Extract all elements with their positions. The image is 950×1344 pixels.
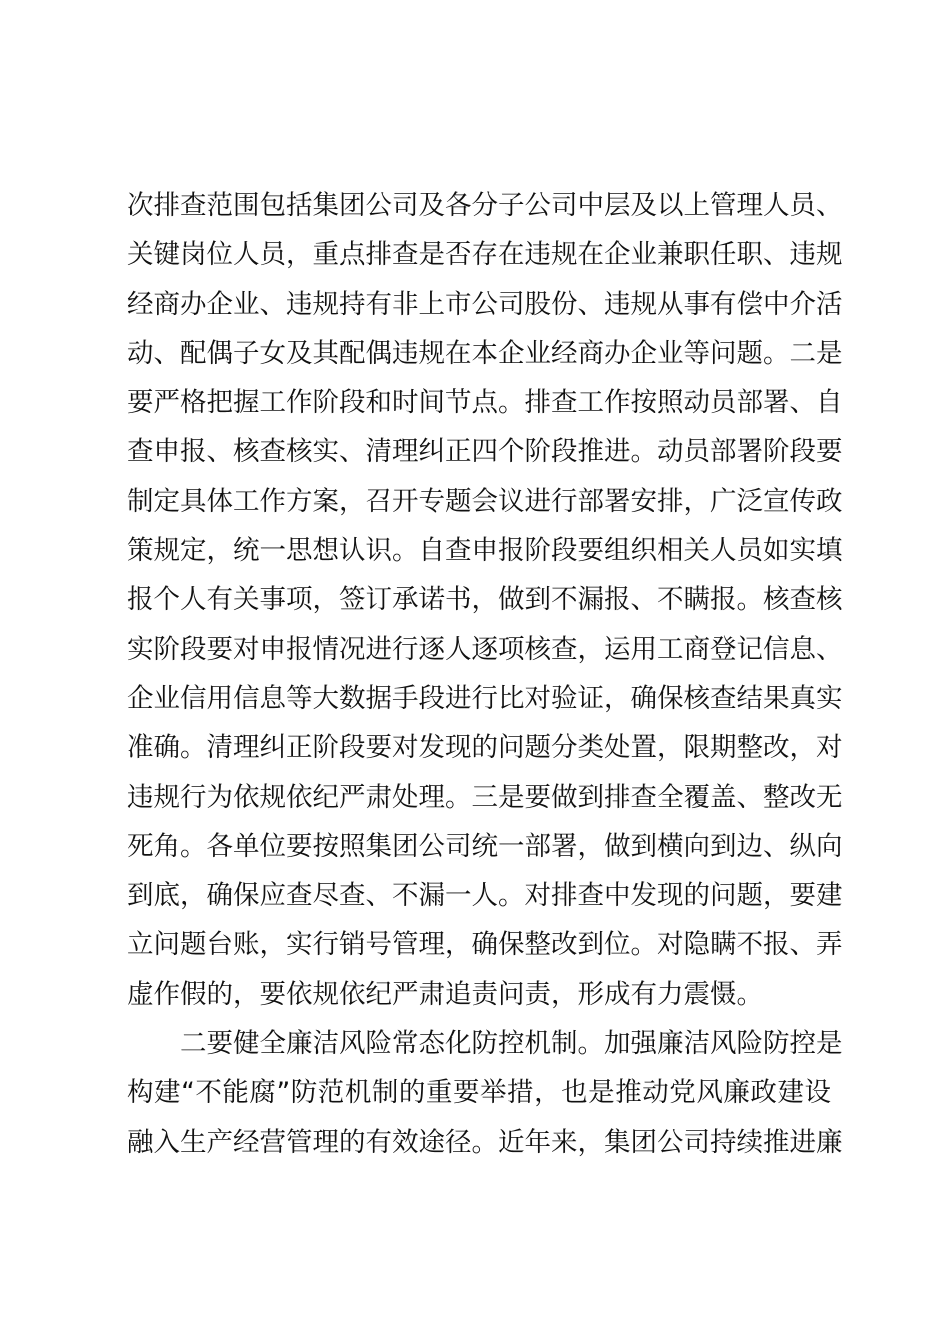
text-line: 企业信用信息等大数据手段进行比对验证，确保核查结果真实 <box>127 674 831 723</box>
text-line: 制定具体工作方案，召开专题会议进行部署安排，广泛宣传政 <box>127 477 831 526</box>
paragraph-risk-prevention: 二要健全廉洁风险常态化防控机制。加强廉洁风险防控是 构建“不能腐”防范机制的重要… <box>127 1019 831 1167</box>
text-line: 立问题台账，实行销号管理，确保整改到位。对隐瞒不报、弄 <box>127 920 831 969</box>
text-line: 要严格把握工作阶段和时间节点。排查工作按照动员部署、自 <box>127 378 831 427</box>
document-page: 次排查范围包括集团公司及各分子公司中层及以上管理人员、 关键岗位人员，重点排查是… <box>0 0 950 1344</box>
text-line: 违规行为依规依纪严肃处理。三是要做到排查全覆盖、整改无 <box>127 773 831 822</box>
paragraph-continuation: 次排查范围包括集团公司及各分子公司中层及以上管理人员、 关键岗位人员，重点排查是… <box>127 181 831 1019</box>
text-line: 到底，确保应查尽查、不漏一人。对排查中发现的问题，要建 <box>127 871 831 920</box>
text-line: 死角。各单位要按照集团公司统一部署，做到横向到边、纵向 <box>127 822 831 871</box>
text-line: 准确。清理纠正阶段要对发现的问题分类处置，限期整改，对 <box>127 723 831 772</box>
text-line: 策规定，统一思想认识。自查申报阶段要组织相关人员如实填 <box>127 526 831 575</box>
text-line: 构建“不能腐”防范机制的重要举措，也是推动党风廉政建设 <box>127 1068 831 1117</box>
text-line: 关键岗位人员，重点排查是否存在违规在企业兼职任职、违规 <box>127 230 831 279</box>
text-line: 查申报、核查核实、清理纠正四个阶段推进。动员部署阶段要 <box>127 427 831 476</box>
body-text: 次排查范围包括集团公司及各分子公司中层及以上管理人员、 关键岗位人员，重点排查是… <box>127 181 831 1167</box>
text-line: 报个人有关事项，签订承诺书，做到不漏报、不瞒报。核查核 <box>127 575 831 624</box>
text-line: 融入生产经营管理的有效途径。近年来，集团公司持续推进廉 <box>127 1118 831 1167</box>
paragraph-first-line: 二要健全廉洁风险常态化防控机制。加强廉洁风险防控是 <box>127 1019 831 1068</box>
text-line: 虚作假的，要依规依纪严肃追责问责，形成有力震慑。 <box>127 970 831 1019</box>
text-line: 次排查范围包括集团公司及各分子公司中层及以上管理人员、 <box>127 181 831 230</box>
text-line: 动、配偶子女及其配偶违规在本企业经商办企业等问题。二是 <box>127 329 831 378</box>
text-line: 经商办企业、违规持有非上市公司股份、违规从事有偿中介活 <box>127 280 831 329</box>
text-line: 实阶段要对申报情况进行逐人逐项核查，运用工商登记信息、 <box>127 625 831 674</box>
